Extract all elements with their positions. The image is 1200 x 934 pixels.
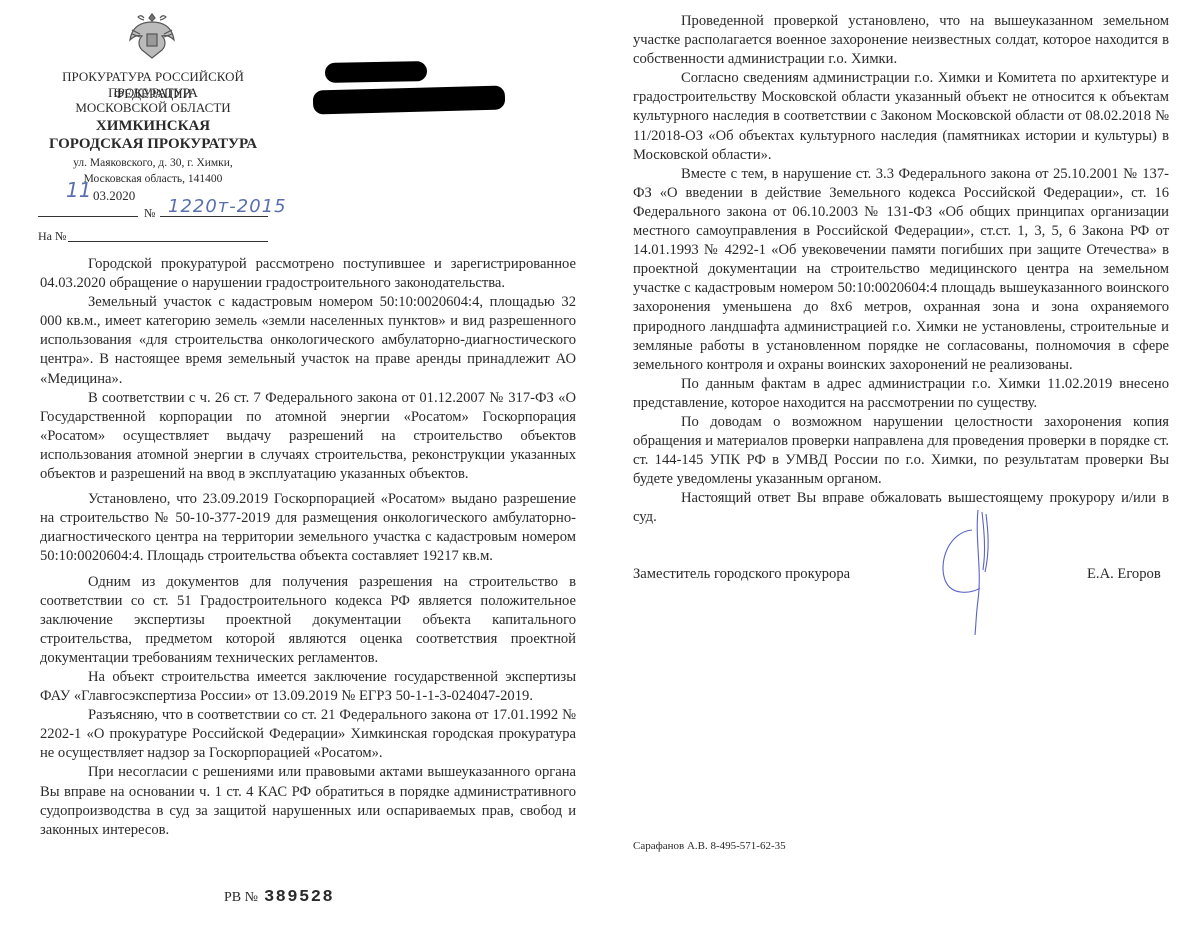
- letter-body-page-2: Проведенной проверкой установлено, что н…: [633, 12, 1169, 528]
- paragraph: На объект строительства имеется заключен…: [40, 668, 576, 706]
- letter-page-1: ПРОКУРАТУРА РОССИЙСКОЙ ФЕДЕРАЦИИ ПРОКУРА…: [0, 0, 600, 934]
- handwritten-date-day: 11: [66, 178, 91, 202]
- letter-page-2: Проведенной проверкой установлено, что н…: [600, 0, 1200, 934]
- paragraph: Установлено, что 23.09.2019 Госкорпораци…: [40, 490, 576, 566]
- signatory-name: Е.А. Егоров: [1087, 566, 1161, 583]
- paragraph: При несогласии с решениями или правовыми…: [40, 763, 576, 839]
- printed-date: 03.2020: [93, 188, 135, 204]
- number-symbol: №: [144, 206, 155, 221]
- reply-to-line: [68, 241, 268, 242]
- header-region: МОСКОВСКОЙ ОБЛАСТИ: [28, 99, 278, 116]
- paragraph: По данным фактам в адрес администрации г…: [633, 375, 1169, 413]
- paragraph: Проведенной проверкой установлено, что н…: [633, 12, 1169, 69]
- paragraph: По доводам о возможном нарушении целостн…: [633, 413, 1169, 489]
- paragraph: Вместе с тем, в нарушение ст. 3.3 Федера…: [633, 165, 1169, 375]
- paragraph: В соответствии с ч. 26 ст. 7 Федеральног…: [40, 389, 576, 484]
- header-address-line1: ул. Маяковского, д. 30, г. Химки,: [28, 155, 278, 172]
- handwritten-outgoing-number: 1220т-2015: [168, 196, 287, 217]
- header-org-line1: ХИМКИНСКАЯ: [28, 117, 278, 135]
- date-line: [38, 216, 138, 217]
- paragraph: Земельный участок с кадастровым номером …: [40, 293, 576, 388]
- form-number: РВ №389528: [224, 888, 334, 907]
- letter-body-page-1: Городской прокуратурой рассмотрено посту…: [40, 255, 576, 840]
- reply-to-label: На №: [38, 229, 66, 244]
- paragraph: Одним из документов для получения разреш…: [40, 573, 576, 668]
- executor-contact: Сарафанов А.В. 8-495-571-62-35: [633, 840, 786, 852]
- paragraph: Согласно сведениям администрации г.о. Хи…: [633, 69, 1169, 164]
- paragraph: Настоящий ответ Вы вправе обжаловать выш…: [633, 489, 1169, 527]
- paragraph: Городской прокуратурой рассмотрено посту…: [40, 255, 576, 293]
- header-org-line2: ГОРОДСКАЯ ПРОКУРАТУРА: [28, 135, 278, 153]
- form-number-value: 389528: [264, 888, 334, 907]
- paragraph: Разъясняю, что в соответствии со ст. 21 …: [40, 706, 576, 763]
- signatory-title: Заместитель городского прокурора: [633, 566, 850, 583]
- form-number-label: РВ №: [224, 890, 258, 905]
- coat-of-arms-icon: [124, 8, 180, 64]
- signature-icon: [920, 500, 1020, 640]
